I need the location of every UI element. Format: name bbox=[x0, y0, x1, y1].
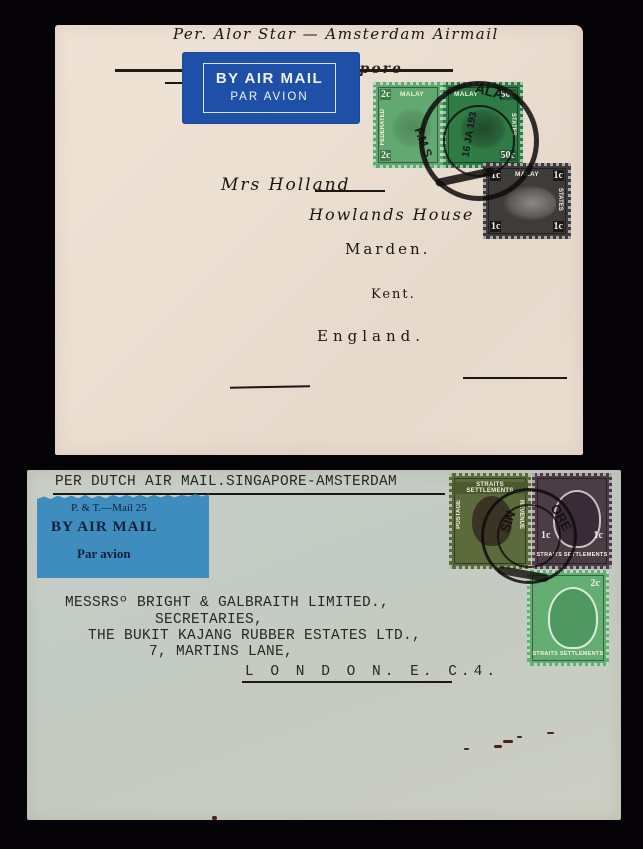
address-underline bbox=[242, 681, 452, 683]
label-line-1: P. & T.—Mail 25 bbox=[71, 502, 147, 514]
address-rule-left bbox=[230, 385, 310, 388]
address-line: THE BUKIT KAJANG RUBBER ESTATES LTD., bbox=[88, 628, 421, 644]
label-line-2: BY AIR MAIL bbox=[51, 519, 157, 536]
address-line: L O N D O N. E. C.4. bbox=[245, 664, 499, 680]
route-underline bbox=[53, 493, 445, 495]
stamp-value: 2c bbox=[590, 578, 601, 589]
by-air-mail-label: BY AIR MAIL PAR AVION bbox=[183, 53, 359, 123]
address-rule-right bbox=[463, 377, 567, 379]
king-portrait bbox=[548, 587, 598, 649]
address-line: SECRETARIES, bbox=[155, 612, 263, 628]
stamp-value-bottom: 2c bbox=[380, 150, 391, 161]
ink-speck bbox=[212, 816, 217, 820]
label-line-3: Par avion bbox=[77, 546, 131, 562]
airmail-cover-straits-settlements: PER DUTCH AIR MAIL.SINGAPORE-AMSTERDAM P… bbox=[27, 470, 621, 820]
stamp-title: STRAITS SETTLEMENTS bbox=[530, 651, 606, 657]
stamp-title: MALAY bbox=[400, 91, 440, 98]
stamp-straits-2c: 2c STRAITS SETTLEMENTS bbox=[527, 570, 609, 666]
stamp-value-bottom: 1c bbox=[490, 221, 501, 232]
stamp-value-right: 1c bbox=[553, 170, 564, 181]
airmail-cover-malaya: Per. Alor Star — Amsterdam Airmail Singa… bbox=[55, 25, 583, 455]
stamp-value-bottom-right: 1c bbox=[553, 221, 564, 232]
ink-speck bbox=[503, 740, 513, 743]
address-line: MESSRSº BRIGHT & GALBRAITH LIMITED., bbox=[65, 595, 389, 611]
address-line: England. bbox=[317, 327, 425, 345]
label-border: BY AIR MAIL PAR AVION bbox=[203, 63, 336, 113]
address-line: Marden. bbox=[345, 240, 430, 258]
address-line: Mrs Holland bbox=[221, 175, 351, 195]
stamp-side-text: POSTAGE bbox=[456, 500, 462, 529]
ink-speck bbox=[517, 736, 522, 738]
label-line-1: BY AIR MAIL bbox=[204, 70, 335, 87]
stamp-side-text: FEDERATED bbox=[380, 109, 386, 145]
ink-speck bbox=[547, 732, 554, 734]
stamp-value: 2c bbox=[380, 89, 391, 100]
stamp-value-right: 1c bbox=[593, 530, 604, 541]
stamp-side-text: STATES bbox=[557, 188, 563, 211]
ink-speck bbox=[494, 745, 502, 748]
route-note-handwritten: Per. Alor Star — Amsterdam Airmail bbox=[173, 25, 499, 43]
address-flourish bbox=[315, 190, 385, 192]
label-line-2: PAR AVION bbox=[204, 91, 335, 103]
address-line: Howlands House bbox=[309, 205, 474, 224]
postmark-inner-ring bbox=[443, 105, 515, 177]
by-air-mail-label: P. & T.—Mail 25 BY AIR MAIL Par avion bbox=[37, 494, 209, 578]
ink-speck bbox=[464, 748, 469, 750]
route-note-typed: PER DUTCH AIR MAIL.SINGAPORE-AMSTERDAM bbox=[55, 474, 397, 490]
address-line: Kent. bbox=[371, 287, 416, 302]
address-line: 7, MARTINS LANE, bbox=[149, 644, 293, 660]
